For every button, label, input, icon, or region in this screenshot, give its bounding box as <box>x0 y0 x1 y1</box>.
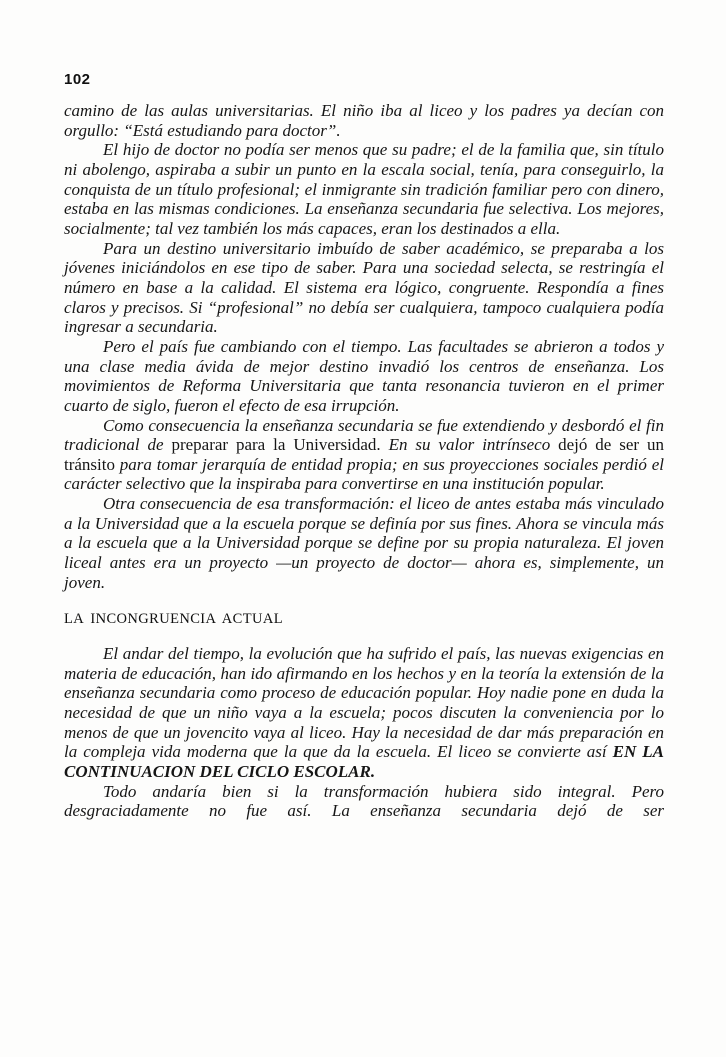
paragraph: Para un destino universitario imbuído de… <box>64 239 664 337</box>
paragraph: El hijo de doctor no podía ser menos que… <box>64 140 664 238</box>
paragraph: Como consecuencia la enseñanza secundari… <box>64 416 664 495</box>
document-page: 102 camino de las aulas universitarias. … <box>0 0 726 1057</box>
paragraph: Todo andaría bien si la transformación h… <box>64 782 664 821</box>
text-segment: para tomar jerarquía de entidad propia; … <box>64 455 664 494</box>
text-segment: camino de las aulas universitarias. El n… <box>64 101 664 140</box>
text-segment: preparar para la Universidad. <box>171 435 388 454</box>
section-heading: LA INCONGRUENCIA ACTUAL <box>64 610 664 630</box>
page-number: 102 <box>64 71 664 88</box>
text-segment: Otra consecuencia de esa transformación:… <box>64 494 664 592</box>
paragraph: El andar del tiempo, la evolución que ha… <box>64 644 664 782</box>
paragraph: Otra consecuencia de esa transformación:… <box>64 494 664 592</box>
text-segment: Para un destino universitario imbuído de… <box>64 239 664 337</box>
text-column: 102 camino de las aulas universitarias. … <box>64 71 664 821</box>
paragraph: camino de las aulas universitarias. El n… <box>64 101 664 140</box>
text-segment: Todo andaría bien si la transformación h… <box>64 782 664 821</box>
text-block: camino de las aulas universitarias. El n… <box>64 101 664 821</box>
text-segment: Pero el país fue cambiando con el tiempo… <box>64 337 664 415</box>
text-segment: El hijo de doctor no podía ser menos que… <box>64 140 664 238</box>
text-segment: En su valor intrínseco <box>389 435 559 454</box>
paragraph: Pero el país fue cambiando con el tiempo… <box>64 337 664 416</box>
text-segment: El andar del tiempo, la evolución que ha… <box>64 644 664 761</box>
